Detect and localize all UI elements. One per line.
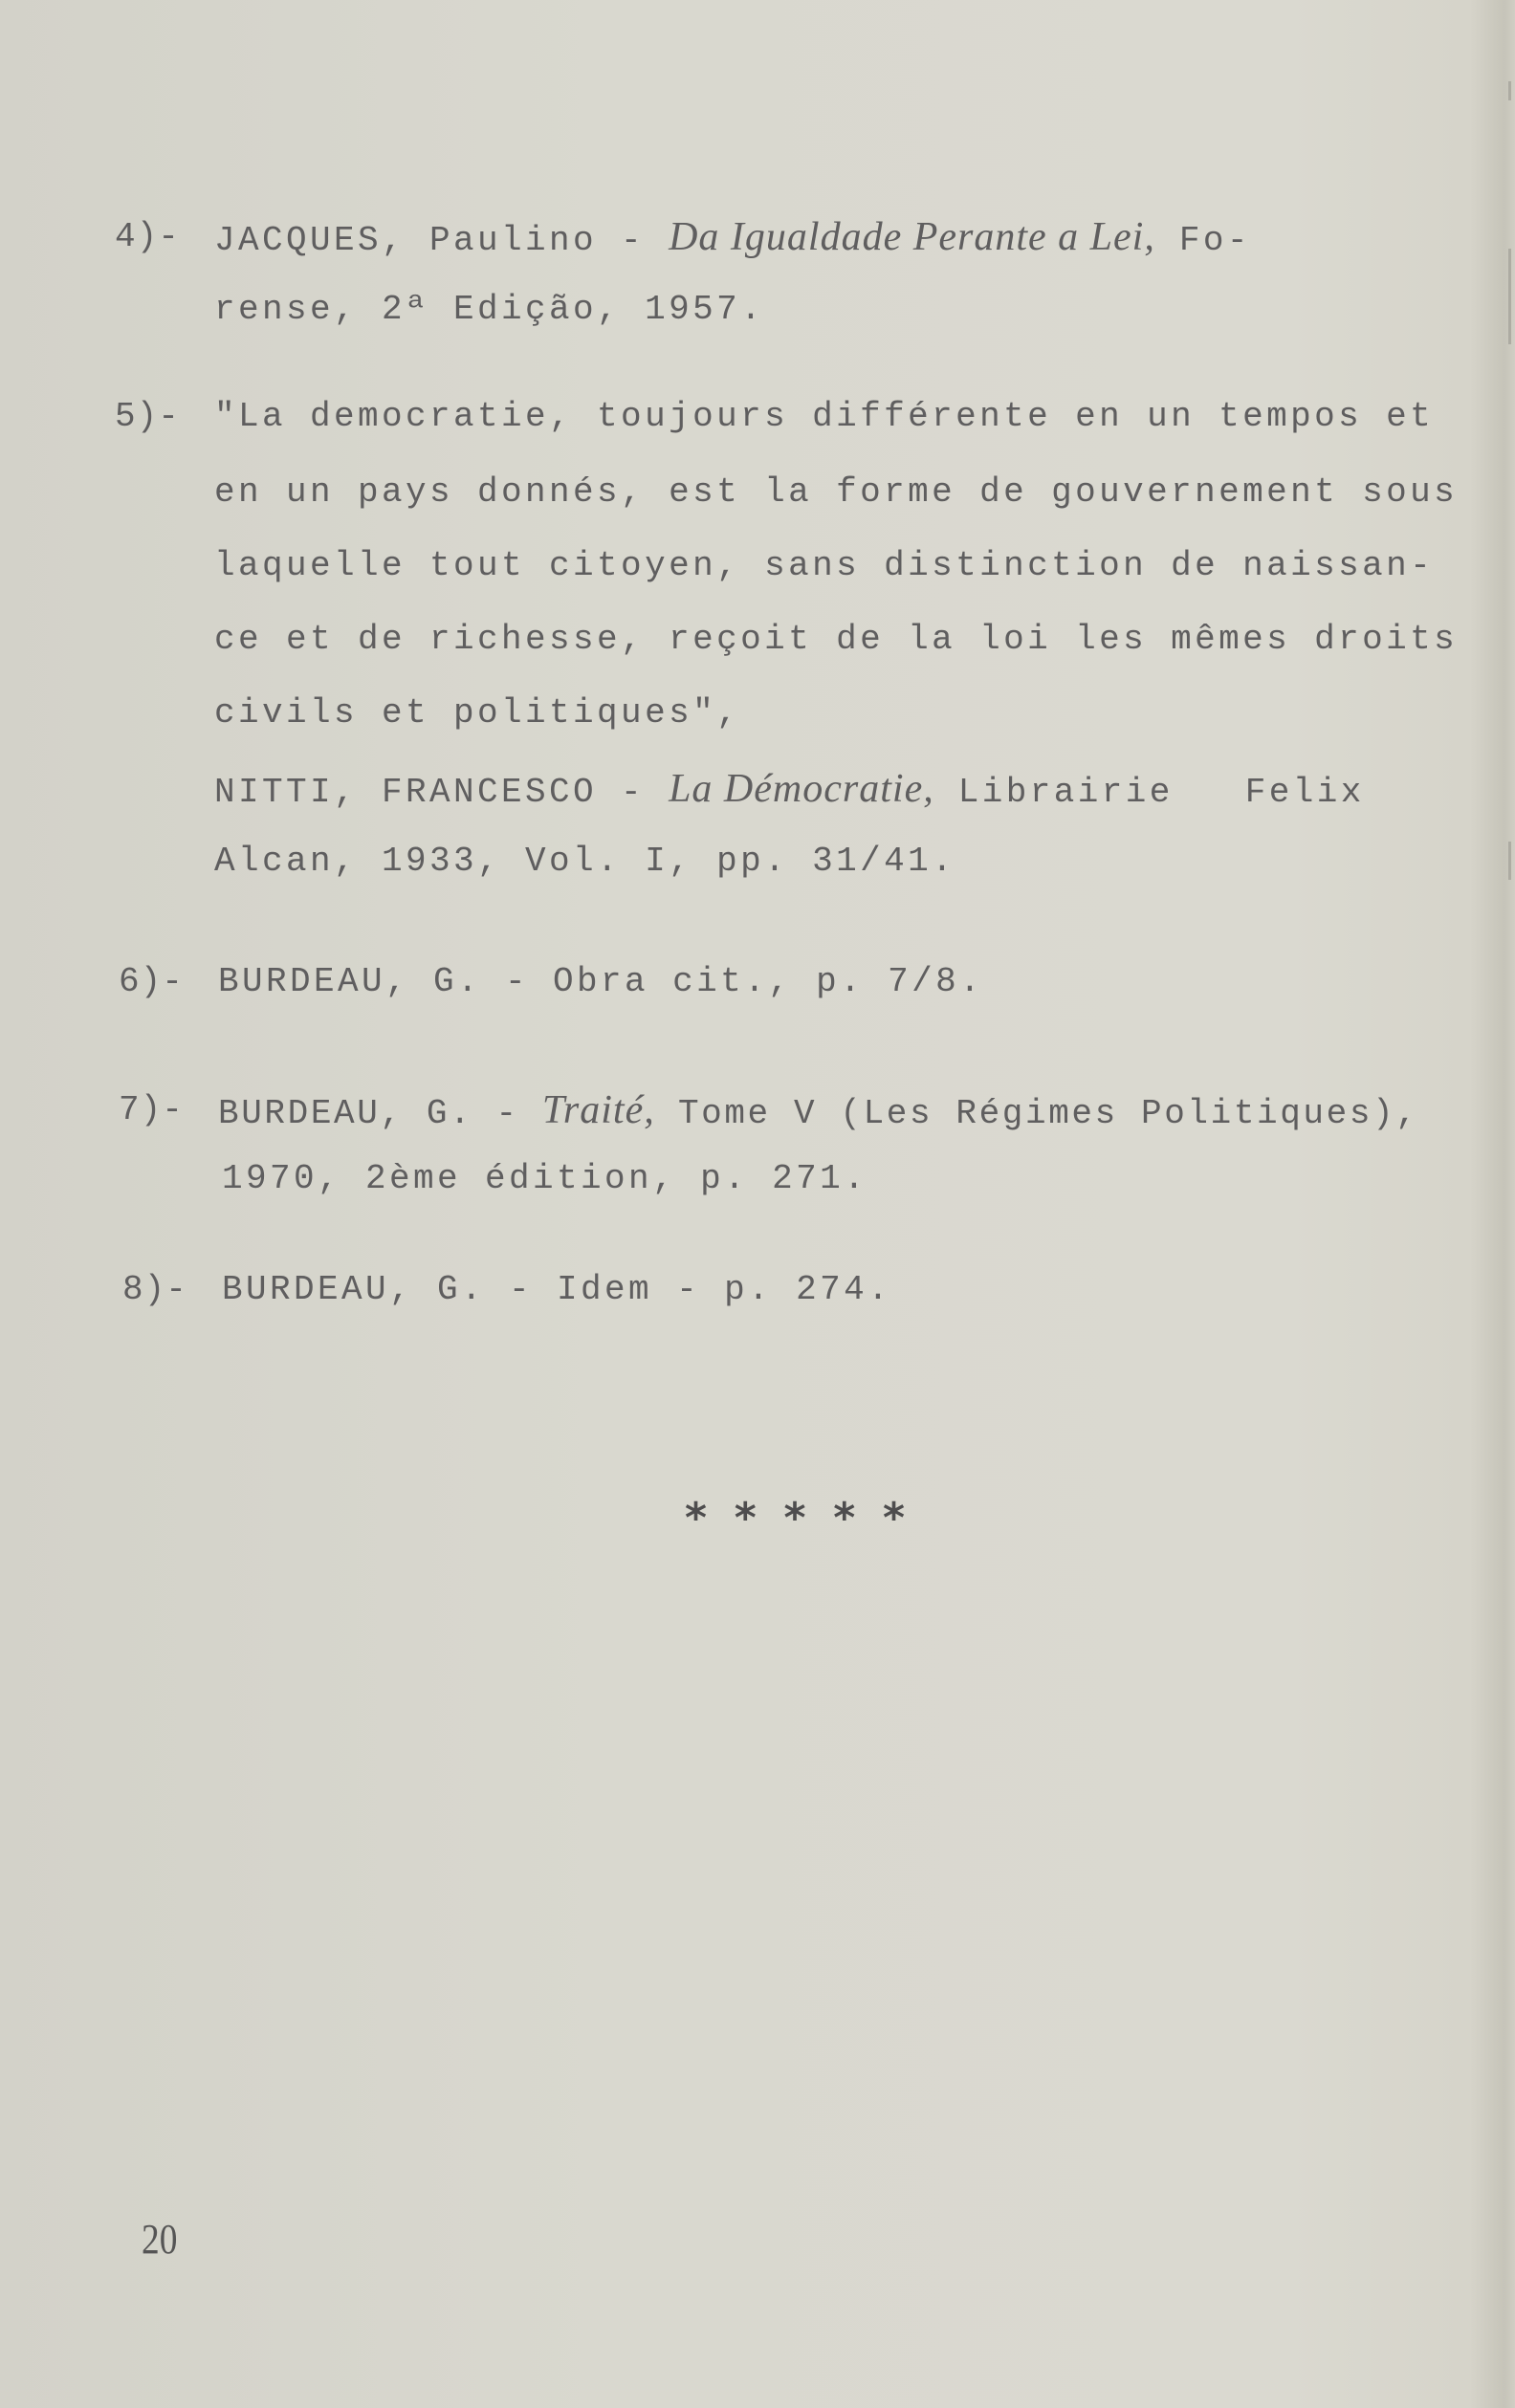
note-7-line-2: 1970, 2ème édition, p. 271. <box>222 1160 867 1198</box>
book-title: Da Igualdade Perante a Lei, <box>669 215 1155 259</box>
note-5-line-5: civils et politiques", <box>214 694 740 733</box>
note-7-line-1: BURDEAU, G. - Traité, Tome V (Les Régime… <box>218 1091 1418 1133</box>
note-marker-5: 5)- <box>115 398 180 436</box>
note-4-line-2: rense, 2ª Edição, 1957. <box>214 291 764 329</box>
note-8-line-1: BURDEAU, G. - Idem - p. 274. <box>222 1271 891 1309</box>
scan-edge-mark <box>1508 842 1511 880</box>
note-text: BURDEAU, G. - <box>218 1094 542 1133</box>
note-5-line-6: NITTI, FRANCESCO - La Démocratie, Librai… <box>214 770 1365 812</box>
note-4-line-1: JACQUES, Paulino - Da Igualdade Perante … <box>214 218 1251 260</box>
note-marker-4: 4)- <box>115 218 180 256</box>
note-marker-8: 8)- <box>122 1271 187 1309</box>
note-marker-7: 7)- <box>119 1091 184 1129</box>
note-text: Librairie Felix <box>934 773 1365 812</box>
note-5-line-2: en un pays donnés, est la forme de gouve… <box>214 473 1458 512</box>
note-6-line-1: BURDEAU, G. - Obra cit., p. 7/8. <box>218 963 983 1001</box>
note-text: Tome V (Les Régimes Politiques), <box>655 1094 1419 1133</box>
note-5-line-3: laquelle tout citoyen, sans distinction … <box>214 547 1434 585</box>
section-separator: * * * * * <box>685 1494 905 1543</box>
note-text: Fo- <box>1155 221 1251 260</box>
book-title: La Démocratie, <box>669 767 934 811</box>
asterisk-icon: * <box>883 1494 905 1543</box>
asterisk-icon: * <box>833 1494 855 1543</box>
asterisk-icon: * <box>783 1494 805 1543</box>
note-text: NITTI, FRANCESCO - <box>214 773 669 812</box>
note-5-line-4: ce et de richesse, reçoit de la loi les … <box>214 621 1458 659</box>
note-5-line-7: Alcan, 1933, Vol. I, pp. 31/41. <box>214 843 955 881</box>
page-number: 20 <box>142 2215 177 2264</box>
scan-edge-mark <box>1508 249 1511 344</box>
asterisk-icon: * <box>735 1494 757 1543</box>
scan-edge-mark <box>1508 81 1511 100</box>
asterisk-icon: * <box>685 1494 707 1543</box>
note-5-line-1: "La democratie, toujours différente en u… <box>214 398 1434 436</box>
note-text: JACQUES, Paulino - <box>214 221 669 260</box>
note-marker-6: 6)- <box>119 963 184 1001</box>
book-title: Traité, <box>542 1088 655 1132</box>
